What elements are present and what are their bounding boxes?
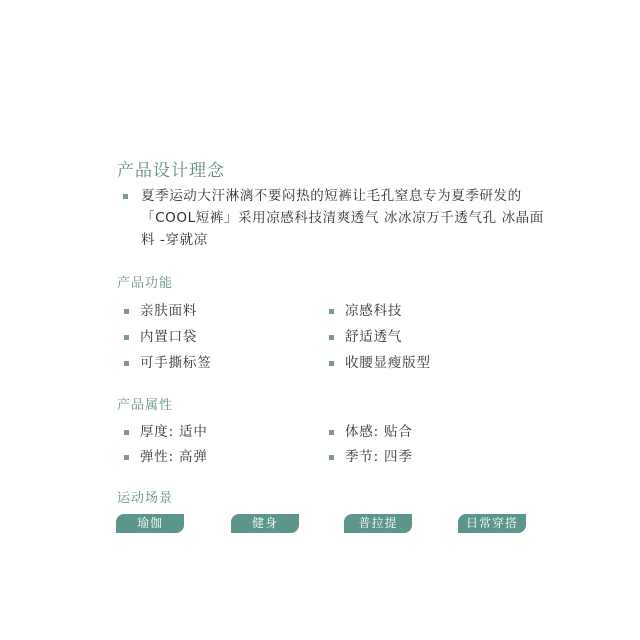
- square-bullet-icon: [124, 361, 129, 366]
- scenes-heading: 运动场景: [117, 487, 173, 506]
- square-bullet-icon: [329, 361, 334, 366]
- function-item-label: 内置口袋: [140, 329, 197, 345]
- function-item: 收腰显瘦版型: [345, 353, 431, 373]
- design-concept-heading: 产品设计理念: [117, 156, 225, 181]
- function-item: 内置口袋: [140, 327, 197, 347]
- scene-tag-daily-wear: 日常穿搭: [458, 514, 526, 533]
- scene-tag-pilates: 普拉提: [344, 514, 412, 533]
- function-item: 可手撕标签: [140, 353, 212, 373]
- product-detail-page: 产品设计理念 夏季运动大汗淋漓不要闷热的短裤让毛孔窒息专为夏季研发的「COOL短…: [0, 0, 640, 640]
- square-bullet-icon: [124, 309, 129, 314]
- square-bullet-icon: [123, 194, 128, 199]
- attributes-heading: 产品属性: [117, 394, 173, 413]
- square-bullet-icon: [124, 335, 129, 340]
- function-item-label: 收腰显瘦版型: [345, 355, 431, 371]
- function-item-label: 凉感科技: [345, 303, 402, 319]
- attribute-item-label: 弹性: 高弹: [140, 449, 208, 465]
- attribute-item: 厚度: 适中: [140, 422, 208, 442]
- function-item-label: 亲肤面料: [140, 303, 197, 319]
- attribute-item-label: 季节: 四季: [345, 449, 413, 465]
- square-bullet-icon: [124, 430, 129, 435]
- scene-tag-yoga: 瑜伽: [116, 514, 184, 533]
- function-item-label: 可手撕标签: [140, 355, 212, 371]
- function-item: 亲肤面料: [140, 301, 197, 321]
- attribute-item: 季节: 四季: [345, 447, 413, 467]
- design-concept-text: 夏季运动大汗淋漓不要闷热的短裤让毛孔窒息专为夏季研发的「COOL短裤」采用凉感科…: [141, 185, 551, 251]
- function-item: 舒适透气: [345, 327, 402, 347]
- scene-tag-fitness: 健身: [231, 514, 299, 533]
- attribute-item: 体感: 贴合: [345, 422, 413, 442]
- square-bullet-icon: [124, 455, 129, 460]
- attribute-item: 弹性: 高弹: [140, 447, 208, 467]
- square-bullet-icon: [329, 455, 334, 460]
- attribute-item-label: 厚度: 适中: [140, 424, 208, 440]
- function-item: 凉感科技: [345, 301, 402, 321]
- square-bullet-icon: [329, 309, 334, 314]
- attribute-item-label: 体感: 贴合: [345, 424, 413, 440]
- function-item-label: 舒适透气: [345, 329, 402, 345]
- square-bullet-icon: [329, 430, 334, 435]
- square-bullet-icon: [329, 335, 334, 340]
- functions-heading: 产品功能: [117, 272, 173, 291]
